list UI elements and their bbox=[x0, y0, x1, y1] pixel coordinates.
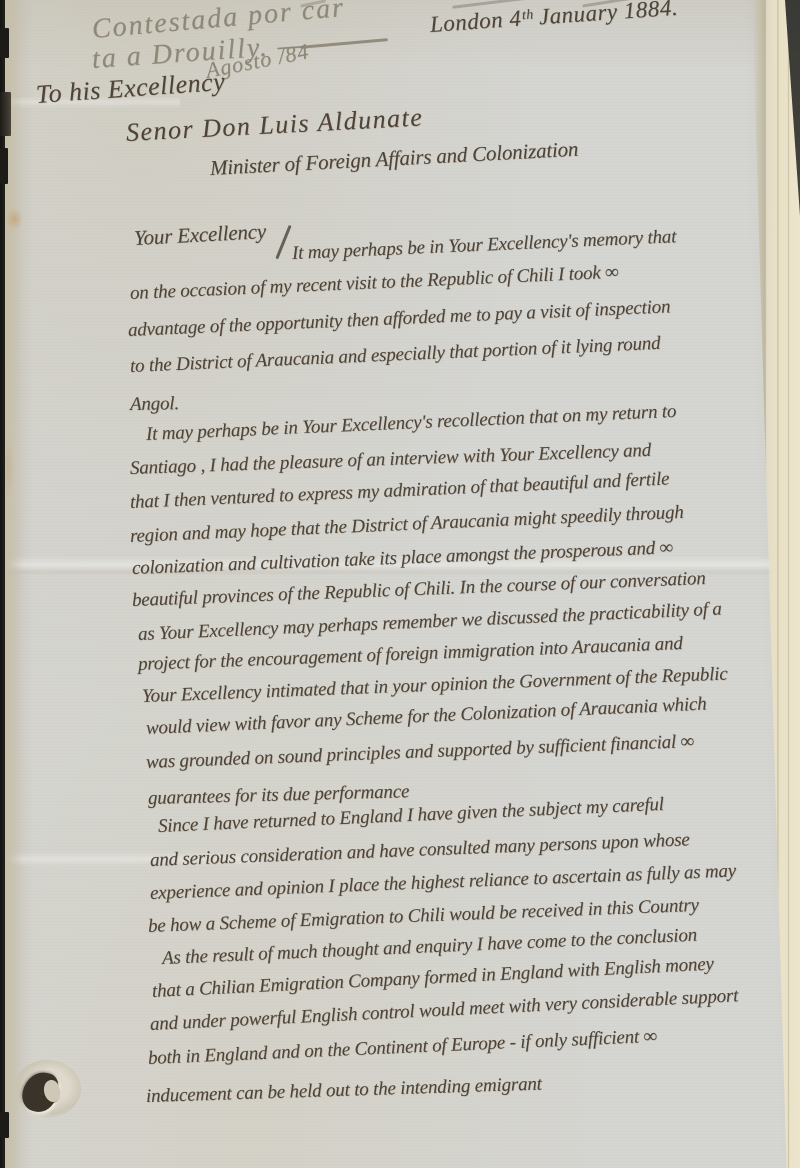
manuscript-line: to the District of Araucania and especia… bbox=[130, 333, 661, 378]
manuscript-line: Your Excellency bbox=[133, 219, 266, 251]
manuscript-line: London 4ᵗʰ January 1884. bbox=[429, 0, 679, 38]
handwritten-text-layer: Contestada por carLondon 4ᵗʰ January 188… bbox=[0, 0, 800, 1168]
manuscript-line: was grounded on sound principles and sup… bbox=[146, 731, 695, 774]
manuscript-line: To his Excellency bbox=[35, 67, 226, 110]
manuscript-line: both in England and on the Continent of … bbox=[148, 1026, 658, 1070]
manuscript-line: inducement can be held out to the intend… bbox=[146, 1074, 542, 1108]
manuscript-line: Senor Don Luis Aldunate bbox=[125, 102, 424, 148]
manuscript-line: It may perhaps be in Your Excellency's r… bbox=[146, 401, 677, 446]
manuscript-page: Contestada por carLondon 4ᵗʰ January 188… bbox=[0, 0, 800, 1168]
manuscript-line: guarantees for its due performance bbox=[148, 781, 410, 810]
manuscript-line: on the occasion of my recent visit to th… bbox=[130, 262, 619, 305]
manuscript-line: Minister of Foreign Affairs and Coloniza… bbox=[209, 137, 578, 181]
manuscript-line: It may perhaps be in Your Excellency's m… bbox=[292, 226, 677, 265]
manuscript-line: Angol. bbox=[130, 393, 179, 416]
